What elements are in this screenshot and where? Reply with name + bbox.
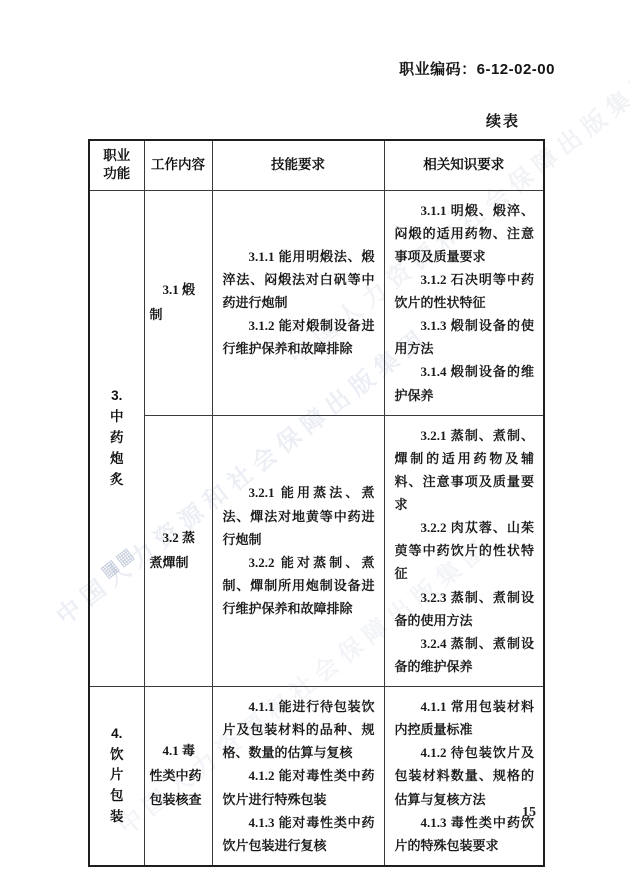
knowledge-item: 3.2.4 蒸制、煮制设备的维护保养	[395, 632, 535, 678]
function-cell-processing: 3. 中 药 炮 炙	[89, 190, 144, 687]
skill-item: 3.2.2 能对蒸制、煮制、燀制所用炮制设备进行维护保养和故障排除	[223, 551, 375, 620]
page-number: 15	[522, 805, 536, 821]
skill-requirements-cell: 3.1.1 能用明煅法、煅淬法、闷煅法对白矾等中药进行炮制 3.1.2 能对煅制…	[212, 190, 384, 415]
knowledge-requirements-cell: 3.2.1 蒸制、煮制、燀制的适用药物及辅料、注意事项及质量要求 3.2.2 肉…	[384, 415, 544, 686]
table-row-packaging: 4. 饮 片 包 装 4.1 毒性类中药包装核查 4.1.1 能进行待包装饮片及…	[89, 687, 544, 866]
occupational-standard-table: 职业 功能 工作内容 技能要求 相关知识要求 3. 中 药 炮 炙 3.1 煅制…	[88, 139, 545, 867]
knowledge-item: 3.2.2 肉苁蓉、山茱萸等中药饮片的性状特征	[395, 516, 535, 585]
col-header-occupational-function: 职业 功能	[89, 140, 144, 190]
knowledge-item: 3.2.3 蒸制、煮制设备的使用方法	[395, 586, 535, 632]
knowledge-item: 3.1.2 石决明等中药饮片的性状特征	[395, 268, 535, 314]
skill-item: 4.1.3 能对毒性类中药饮片包装进行复核	[223, 811, 375, 857]
work-content-text: 3.2 蒸煮燀制	[150, 526, 207, 575]
col-header-skill-requirements: 技能要求	[212, 140, 384, 190]
work-content-cell: 4.1 毒性类中药包装核查	[144, 687, 212, 866]
knowledge-item: 3.1.4 煅制设备的维护保养	[395, 360, 535, 406]
knowledge-item: 3.1.3 煅制设备的使用方法	[395, 314, 535, 360]
skill-item: 4.1.1 能进行待包装饮片及包装材料的品种、规格、数量的估算与复核	[223, 695, 375, 764]
function-cell-packaging: 4. 饮 片 包 装	[89, 687, 144, 866]
occupation-code-label: 职业编码：6-12-02-00	[399, 58, 555, 79]
continued-table-label: 续表	[486, 110, 520, 131]
knowledge-item: 3.1.1 明煅、煅淬、闷煅的适用药物、注意事项及质量要求	[395, 199, 535, 268]
knowledge-item: 3.2.1 蒸制、煮制、燀制的适用药物及辅料、注意事项及质量要求	[395, 424, 535, 517]
skill-item: 3.2.1 能用蒸法、煮法、燀法对地黄等中药进行炮制	[223, 481, 375, 550]
skill-item: 3.1.2 能对煅制设备进行维护保养和故障排除	[223, 314, 375, 360]
knowledge-item: 4.1.3 毒性类中药饮片的特殊包装要求	[395, 811, 535, 857]
skill-requirements-cell: 4.1.1 能进行待包装饮片及包装材料的品种、规格、数量的估算与复核 4.1.2…	[212, 687, 384, 866]
col-header-knowledge-requirements: 相关知识要求	[384, 140, 544, 190]
table-header-row: 职业 功能 工作内容 技能要求 相关知识要求	[89, 140, 544, 190]
knowledge-requirements-cell: 4.1.1 常用包装材料内控质量标准 4.1.2 待包装饮片及包装材料数量、规格…	[384, 687, 544, 866]
table-row-steam-boil: 3.2 蒸煮燀制 3.2.1 能用蒸法、煮法、燀法对地黄等中药进行炮制 3.2.…	[89, 415, 544, 686]
skill-item: 4.1.2 能对毒性类中药饮片进行特殊包装	[223, 764, 375, 810]
work-content-text: 3.1 煅制	[150, 278, 207, 327]
skill-item: 3.1.1 能用明煅法、煅淬法、闷煅法对白矾等中药进行炮制	[223, 245, 375, 314]
document-page: 职业编码：6-12-02-00 续表 中国人力资源和社会保障出版集团 中国人力资…	[0, 0, 630, 883]
col-header-work-content: 工作内容	[144, 140, 212, 190]
table-row-calcining: 3. 中 药 炮 炙 3.1 煅制 3.1.1 能用明煅法、煅淬法、闷煅法对白矾…	[89, 190, 544, 415]
knowledge-item: 4.1.2 待包装饮片及包装材料数量、规格的估算与复核方法	[395, 741, 535, 810]
knowledge-requirements-cell: 3.1.1 明煅、煅淬、闷煅的适用药物、注意事项及质量要求 3.1.2 石决明等…	[384, 190, 544, 415]
skill-requirements-cell: 3.2.1 能用蒸法、煮法、燀法对地黄等中药进行炮制 3.2.2 能对蒸制、煮制…	[212, 415, 384, 686]
work-content-cell: 3.1 煅制	[144, 190, 212, 415]
knowledge-item: 4.1.1 常用包装材料内控质量标准	[395, 695, 535, 741]
work-content-text: 4.1 毒性类中药包装核查	[150, 739, 207, 813]
work-content-cell: 3.2 蒸煮燀制	[144, 415, 212, 686]
